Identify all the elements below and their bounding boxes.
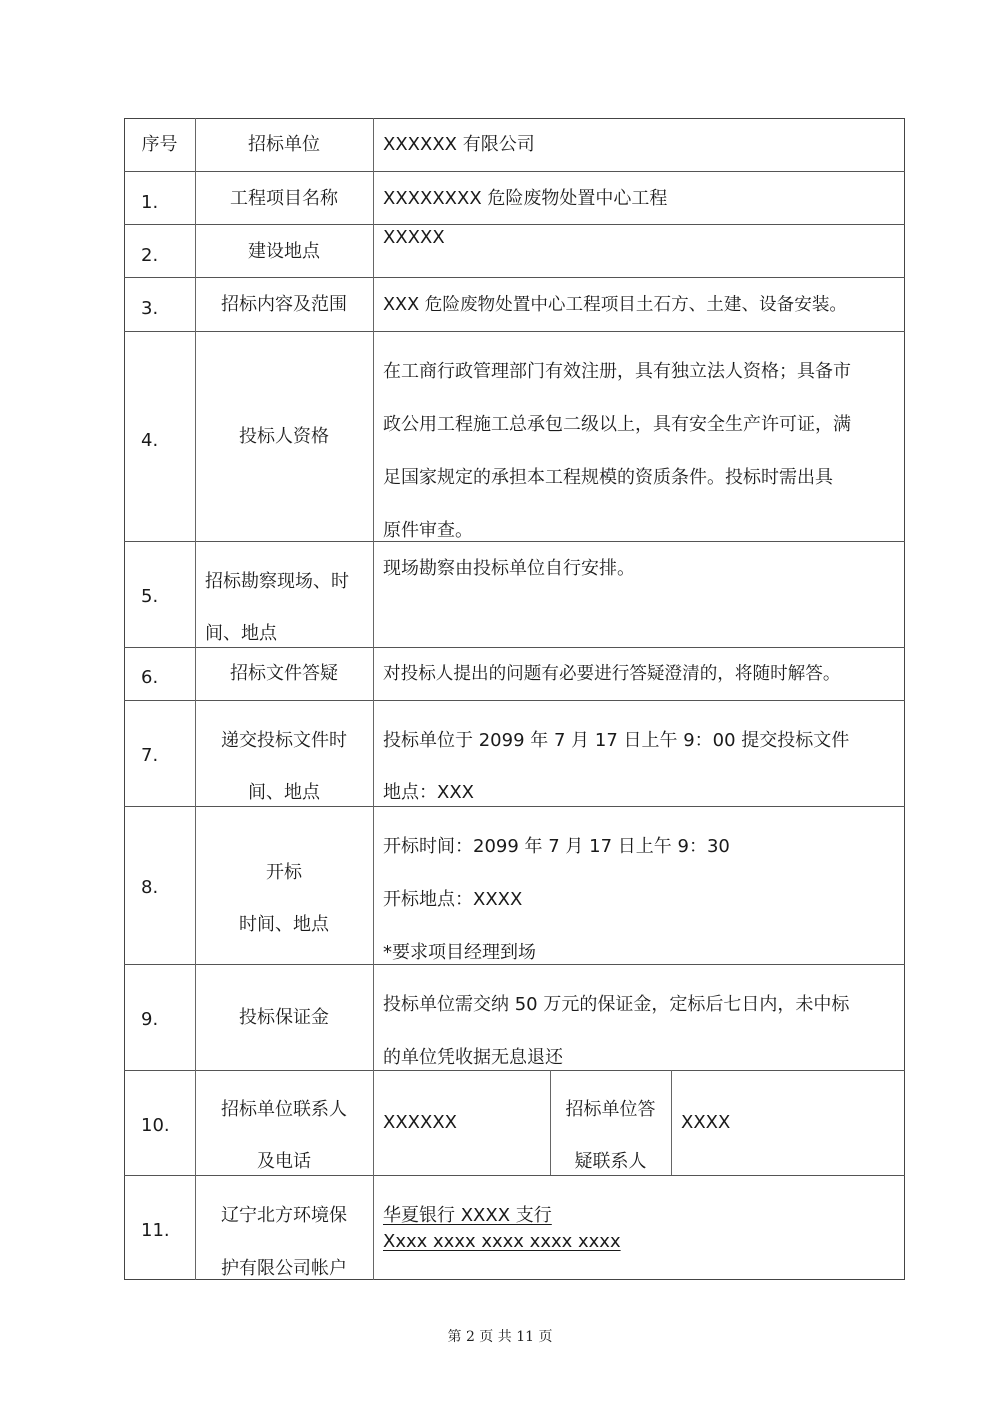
account-number: Xxxx xxxx xxxx xxxx xxxx (383, 1229, 899, 1255)
row-value: 开标时间：2099 年 7 月 17 日上午 9：30 开标地点：XXXX *要… (373, 820, 905, 979)
row-label: 投标人资格 (195, 424, 373, 450)
row-value: XXXXX (373, 225, 905, 251)
row-index: 7. (124, 743, 195, 769)
row-value: 现场勘察由投标单位自行安排。 (373, 556, 905, 582)
row-label: 招标文件答疑 (195, 661, 373, 687)
row-value: 投标单位需交纳 50 万元的保证金，定标后七日内，未中标 的单位凭收据无息退还 (373, 978, 905, 1084)
row-value: 在工商行政管理部门有效注册，具有独立法人资格；具备市 政公用工程施工总承包二级以… (373, 345, 905, 557)
header-index: 序号 (124, 132, 195, 158)
row-label: 建设地点 (195, 239, 373, 265)
bank-name: 华夏银行 XXXX 支行 (383, 1203, 899, 1229)
row-index: 11. (124, 1218, 195, 1244)
row-label: 招标勘察现场、时 间、地点 (195, 556, 373, 660)
row-label: 递交投标文件时 间、地点 (195, 715, 373, 819)
row-index: 5. (124, 584, 195, 610)
row-index: 2. (124, 243, 195, 269)
row-value: XXXXXXXX 危险废物处置中心工程 (373, 186, 905, 212)
row-index: 1. (124, 190, 195, 216)
row-label: 招标单位联系人 及电话 (195, 1084, 373, 1188)
row-label: 辽宁北方环境保 护有限公司帐户 (195, 1189, 373, 1295)
row-index: 4. (124, 428, 195, 454)
row-value: 对投标人提出的问题有必要进行答疑澄清的，将随时解答。 (373, 661, 905, 687)
bank-account-value: 华夏银行 XXXX 支行 Xxxx xxxx xxxx xxxx xxxx (373, 1203, 905, 1255)
qa-contact-value: XXXX (671, 1110, 905, 1136)
row-index: 9. (124, 1007, 195, 1033)
row-index: 6. (124, 665, 195, 691)
document-page: 序号 招标单位 XXXXXX 有限公司 1. 工程项目名称 XXXXXXXX 危… (0, 0, 1000, 1415)
row-divider (124, 700, 905, 701)
header-value: XXXXXX 有限公司 (373, 132, 905, 158)
row-label: 工程项目名称 (195, 186, 373, 212)
row-label: 投标保证金 (195, 1005, 373, 1031)
row-value: XXX 危险废物处置中心工程项目土石方、土建、设备安装。 (373, 292, 905, 318)
header-label: 招标单位 (195, 132, 373, 158)
row-value: 投标单位于 2099 年 7 月 17 日上午 9：00 提交投标文件 地点：X… (373, 715, 905, 819)
page-number: 第 2 页 共 11 页 (0, 1326, 1000, 1346)
row-label: 开标 时间、地点 (195, 847, 373, 951)
contact-value: XXXXXX (373, 1110, 550, 1136)
row-divider (124, 277, 905, 278)
qa-contact-label: 招标单位答 疑联系人 (550, 1084, 671, 1188)
row-index: 10. (124, 1113, 195, 1139)
row-divider (124, 331, 905, 332)
row-divider (124, 171, 905, 172)
row-label: 招标内容及范围 (195, 292, 373, 318)
row-index: 8. (124, 875, 195, 901)
row-index: 3. (124, 296, 195, 322)
